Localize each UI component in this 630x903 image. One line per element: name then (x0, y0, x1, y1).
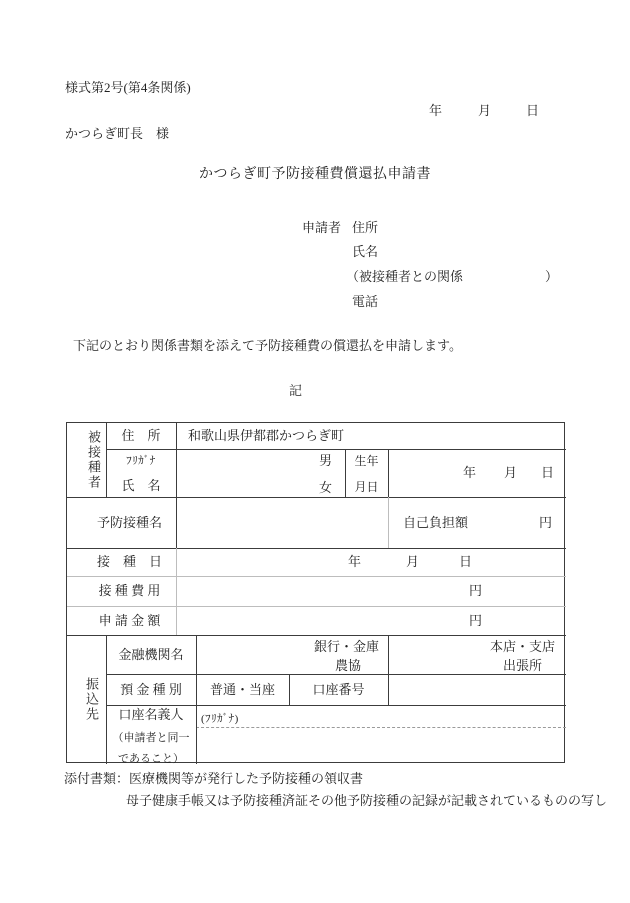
amount-unit: 円 (469, 606, 482, 635)
self-pay-label: 自己負担額 (403, 497, 468, 548)
vaccination-date-label: 接 種 日 (67, 548, 176, 576)
furigana-rule-line (196, 727, 566, 728)
addressee: かつらぎ町長 様 (65, 126, 169, 141)
sex-male-option: 男 (176, 450, 332, 469)
bank-label: 金融機関名 (106, 635, 196, 674)
holder-note-line2: であること） (106, 750, 196, 766)
holder-furigana-label: (ﾌﾘｶﾞﾅ) (201, 710, 239, 726)
address-label: 住 所 (106, 423, 176, 449)
record-mark: 記 (289, 383, 302, 398)
branch-line2: 出張所 (503, 655, 542, 674)
transfer-group-label: 振込先 (80, 677, 102, 722)
bank-type-options: 銀行・金庫 農協 (196, 635, 388, 674)
attachment-note-line1: 添付書類：医療機関等が発行した予防接種の領収書 (64, 771, 363, 786)
birth-day-label: 日 (541, 449, 554, 497)
birthdate-label-top: 生年 (345, 452, 388, 469)
date-year-label: 年 (429, 103, 442, 118)
relation-open: （被接種者との関係 (346, 269, 463, 284)
vaccinee-group-label: 被接種者 (80, 430, 106, 490)
relation-close: ） (545, 269, 558, 284)
sex-female-option: 女 (176, 477, 332, 496)
sex-options: 男 女 (176, 449, 345, 497)
birth-month-label: 月 (504, 449, 517, 497)
table-line (388, 449, 389, 497)
deposit-label: 預 金 種 別 (106, 674, 196, 705)
name-label: 氏 名 (106, 475, 176, 494)
cost-unit: 円 (469, 576, 482, 606)
cost-label: 接 種 費 用 (67, 576, 176, 606)
document-page: 様式第2号(第4条関係) 年 月 日 かつらぎ町長 様 かつらぎ町予防接種費償還… (0, 0, 630, 903)
applicant-phone-label: 電話 (352, 294, 378, 309)
vaccination-month-label: 月 (406, 548, 419, 576)
applicant-label: 申請者 (302, 220, 341, 235)
form-number: 様式第2号(第4条関係) (65, 80, 191, 95)
furigana-name-label: ﾌﾘｶﾞﾅ 氏 名 (106, 449, 176, 497)
date-month-label: 月 (478, 103, 491, 118)
birthdate-label-bottom: 月日 (345, 478, 388, 495)
amount-label: 申 請 金 額 (67, 606, 176, 635)
furigana-label: ﾌﾘｶﾞﾅ (106, 452, 176, 468)
vaccine-name-label: 予防接種名 (67, 497, 176, 548)
page-title: かつらぎ町予防接種費償還払申請書 (0, 167, 630, 182)
self-pay-unit: 円 (539, 497, 552, 548)
deposit-options: 普通・当座 (196, 674, 289, 705)
holder-label: 口座名義人 (106, 704, 196, 723)
application-table: 被接種者 住 所 和歌山県伊都郡かつらぎ町 ﾌﾘｶﾞﾅ 氏 名 男 女 生年 月… (66, 422, 565, 763)
table-line-light (388, 497, 389, 548)
bank-type-line1: 銀行・金庫 (314, 636, 379, 655)
vaccination-year-label: 年 (348, 548, 361, 576)
date-day-label: 日 (526, 103, 539, 118)
account-number-label: 口座番号 (289, 674, 388, 705)
holder-label-block: 口座名義人 （申請者と同一 であること） (106, 705, 196, 764)
vaccination-day-label: 日 (459, 548, 472, 576)
birthdate-label: 生年 月日 (345, 449, 388, 497)
bank-type-line2: 農協 (335, 655, 361, 674)
holder-note-line1: （申請者と同一 (106, 729, 196, 745)
branch-line1: 本店・支店 (490, 636, 555, 655)
applicant-address-label: 住所 (352, 220, 378, 235)
birth-year-label: 年 (463, 449, 476, 497)
table-line-light (176, 548, 177, 635)
request-sentence: 下記のとおり関係書類を添えて予防接種費の償還払を申請します。 (73, 338, 462, 353)
attachment-note-line2: 母子健康手帳又は予防接種済証その他予防接種の記録が記載されているものの写し (126, 793, 607, 808)
branch-options: 本店・支店 出張所 (388, 635, 566, 674)
address-value: 和歌山県伊都郡かつらぎ町 (188, 423, 344, 449)
applicant-name-label: 氏名 (352, 244, 378, 259)
